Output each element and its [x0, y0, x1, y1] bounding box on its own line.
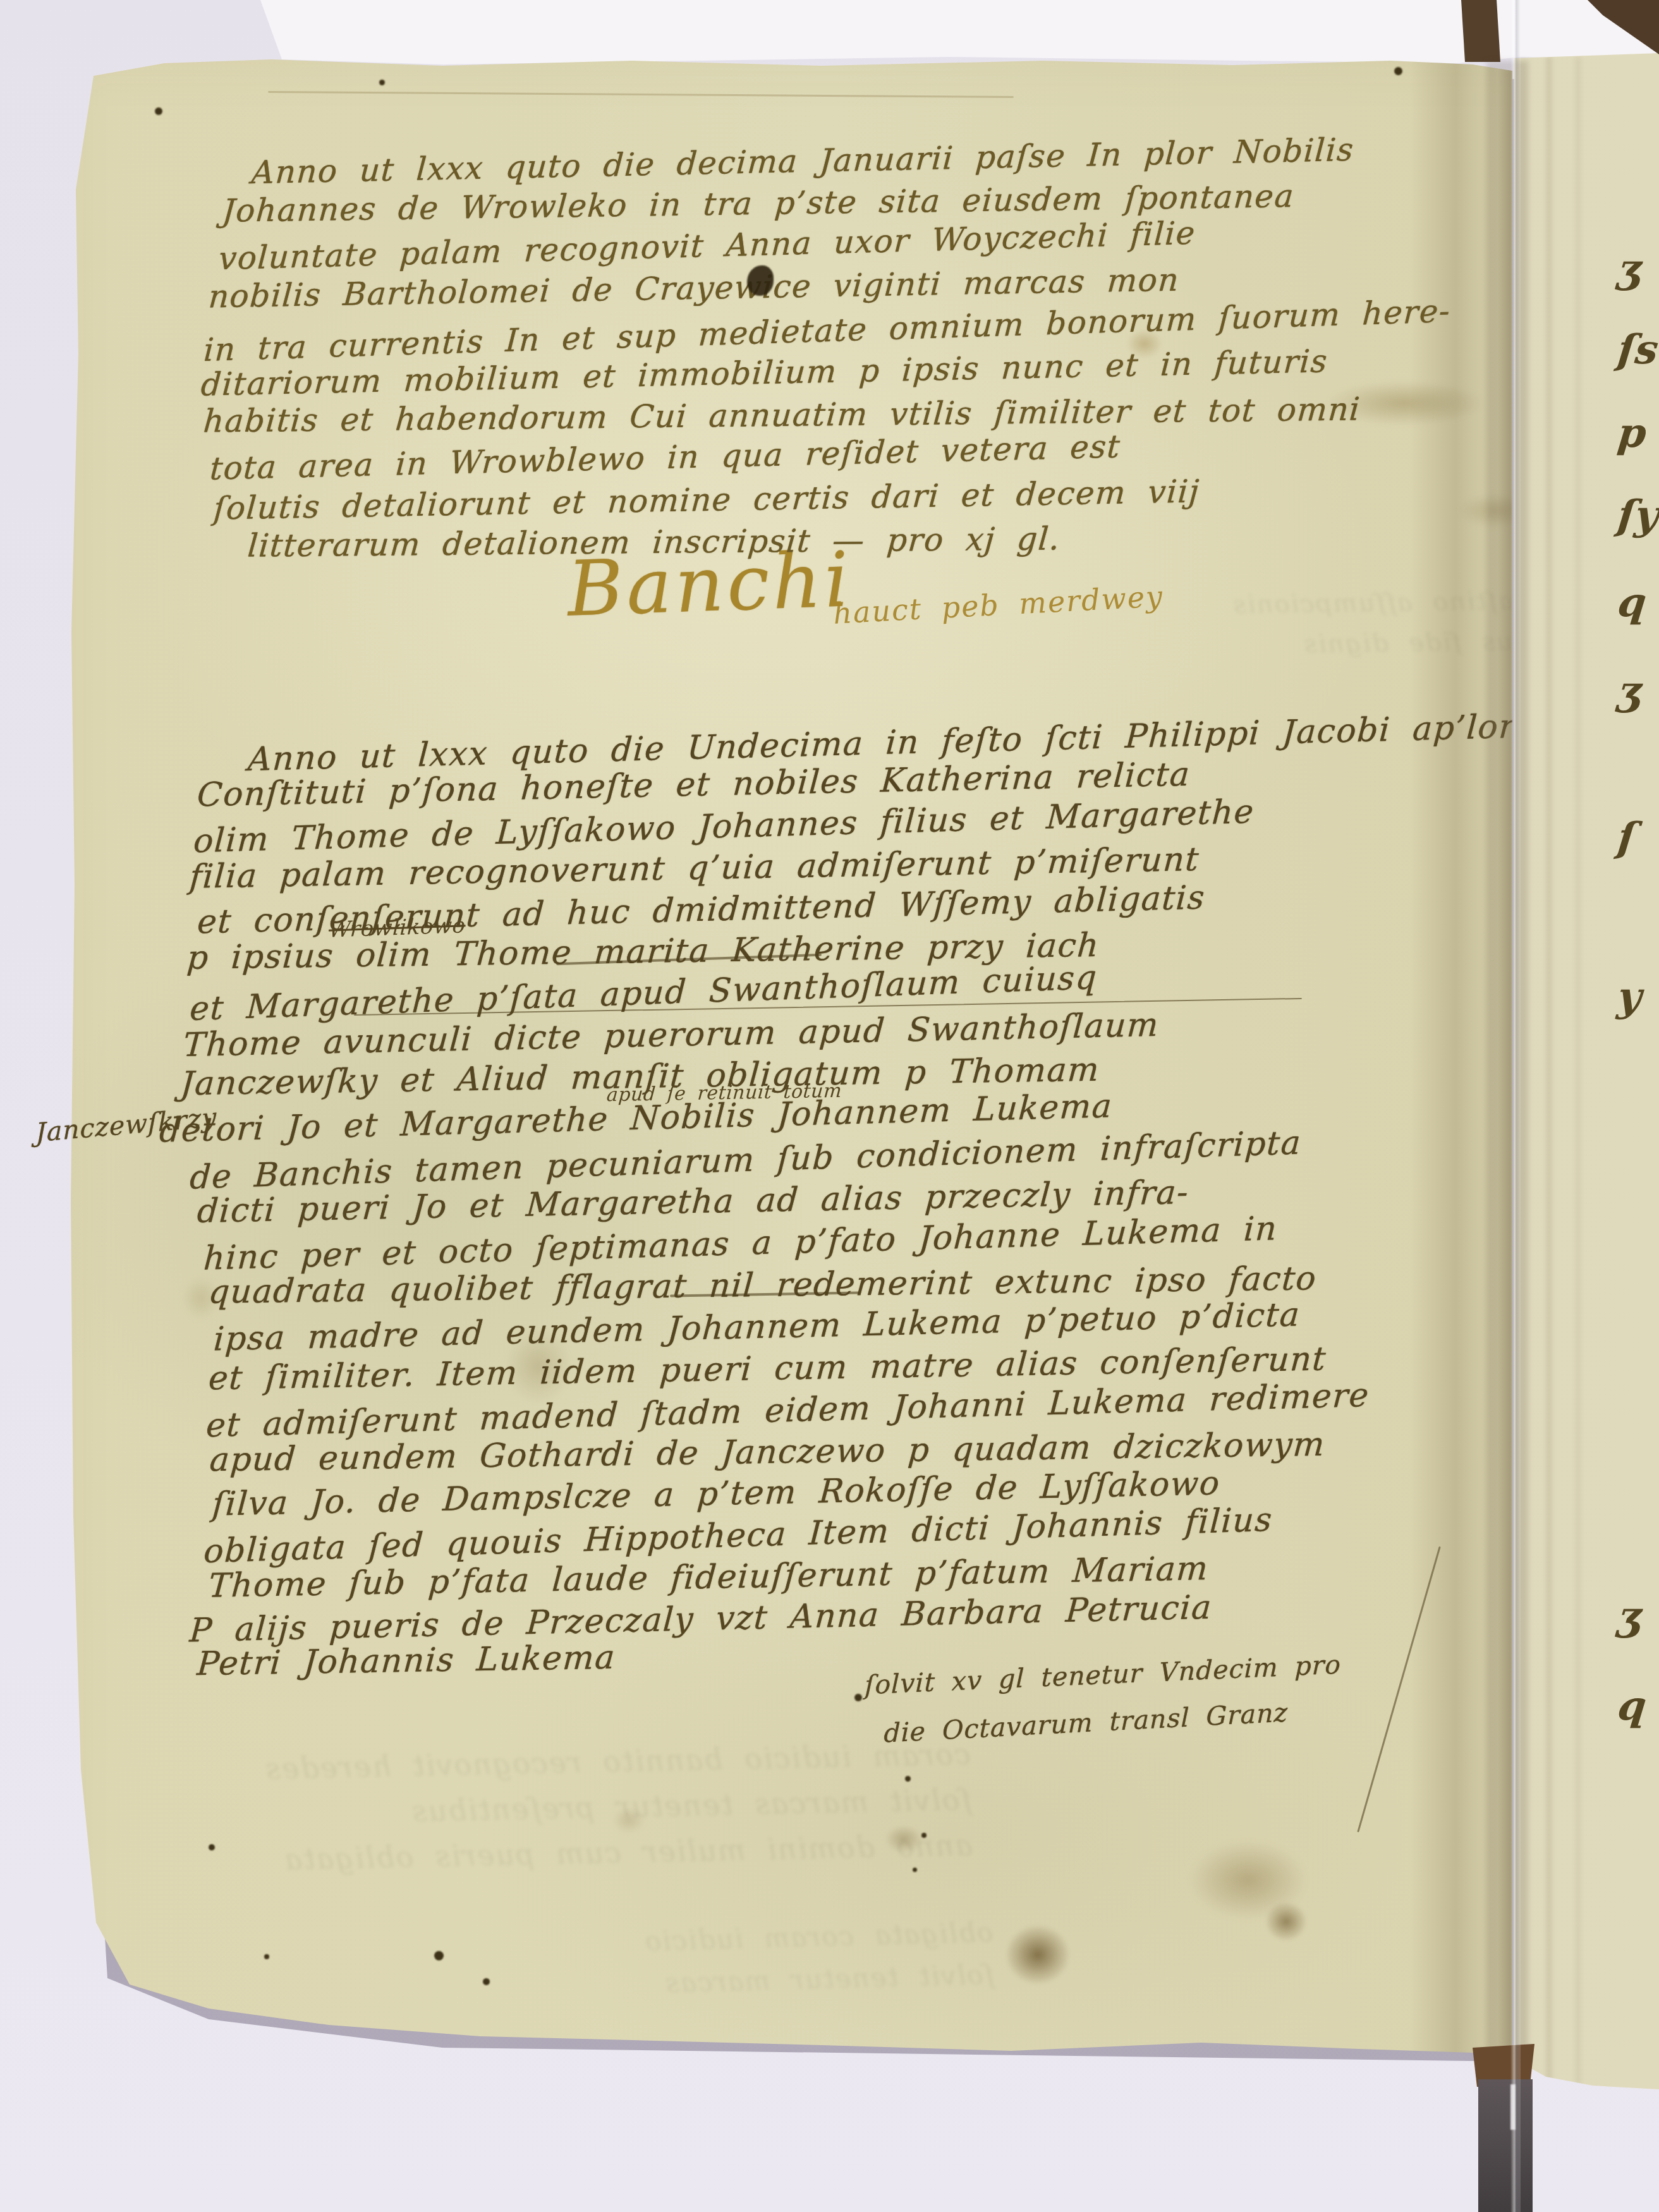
- manuscript-page: coram iudicio bannito recognovit heredes…: [0, 0, 1659, 2212]
- ink-speck: [264, 1954, 269, 1959]
- stain: [994, 1914, 1082, 1996]
- heading-suffix-note: hauct peb merdwey: [832, 579, 1164, 630]
- facing-page-cutoff-stroke: q: [1615, 1682, 1649, 1730]
- facing-page-cutoff-stroke: ʒ: [1615, 667, 1643, 715]
- stain: [1258, 1895, 1315, 1948]
- manuscript-photo: ʒſspſyqʒſyʒq coram iudicio bannito recog…: [0, 0, 1659, 2212]
- ink-speck: [209, 1844, 215, 1850]
- ink-speck: [921, 1833, 927, 1838]
- stain: [176, 1269, 226, 1327]
- clamp-bar-shadow: [1486, 61, 1528, 2049]
- facing-page-cutoff-stroke: ſs: [1615, 326, 1659, 374]
- ghost-text-line: coram iudicio bannito recognovit heredes: [264, 1737, 971, 1785]
- facing-page-cutoff-stroke: ſ: [1615, 814, 1638, 861]
- facing-page-cutoff-stroke: q: [1615, 579, 1649, 626]
- closing-payment-note-line2: die Octavarum transl Granz: [884, 1697, 1289, 1749]
- ink-speck: [905, 1776, 911, 1782]
- ink-speck: [434, 1951, 444, 1960]
- stain: [494, 1316, 583, 1417]
- ink-speck: [913, 1868, 917, 1872]
- interlinear-note: Wrowlikowo: [328, 913, 466, 943]
- clamp-bar-bottom: [1478, 2079, 1533, 2212]
- facing-page-crease: [1546, 57, 1552, 2086]
- stain: [878, 1820, 929, 1858]
- ink-speck: [1394, 67, 1402, 75]
- facing-page-cutoff-stroke: ʒ: [1615, 245, 1643, 293]
- facing-page-crease: [1575, 57, 1581, 2086]
- closing-payment-note-line1: ſolvit xv gl tenetur Vndecim pro: [865, 1649, 1342, 1700]
- plexiglass-edge: [1510, 0, 1521, 2212]
- ghost-text-block: obligata coram iudicioſolvit tenetur mar…: [643, 1917, 995, 2010]
- interlinear-note: apud ſe retinuit totum: [606, 1080, 842, 1107]
- ink-speck: [155, 107, 162, 115]
- manuscript-text-line: litterarum detalionem inscripsit — pro x…: [246, 520, 1062, 564]
- stain: [607, 1802, 651, 1838]
- ghost-text-line: obligata coram iudicio: [643, 1917, 993, 1957]
- stain: [1120, 324, 1169, 364]
- manuscript-text-line: Petri Johannis Lukema: [196, 1639, 617, 1683]
- ink-speck: [854, 1694, 862, 1701]
- ink-blot: [747, 265, 774, 296]
- ink-speck: [379, 80, 385, 85]
- facing-page-cutoff-stroke: ʒ: [1615, 1593, 1643, 1640]
- ink-speck: [483, 1978, 490, 1985]
- ghost-text-line: ſolvit tenetur marcas: [645, 1959, 994, 1999]
- facing-page-cutoff-stroke: ſy: [1615, 492, 1659, 539]
- facing-page-cutoff-stroke: p: [1615, 410, 1649, 457]
- top-crease-line: [268, 91, 1014, 98]
- facing-page-cutoff-stroke: y: [1615, 973, 1644, 1021]
- stain: [1297, 373, 1512, 434]
